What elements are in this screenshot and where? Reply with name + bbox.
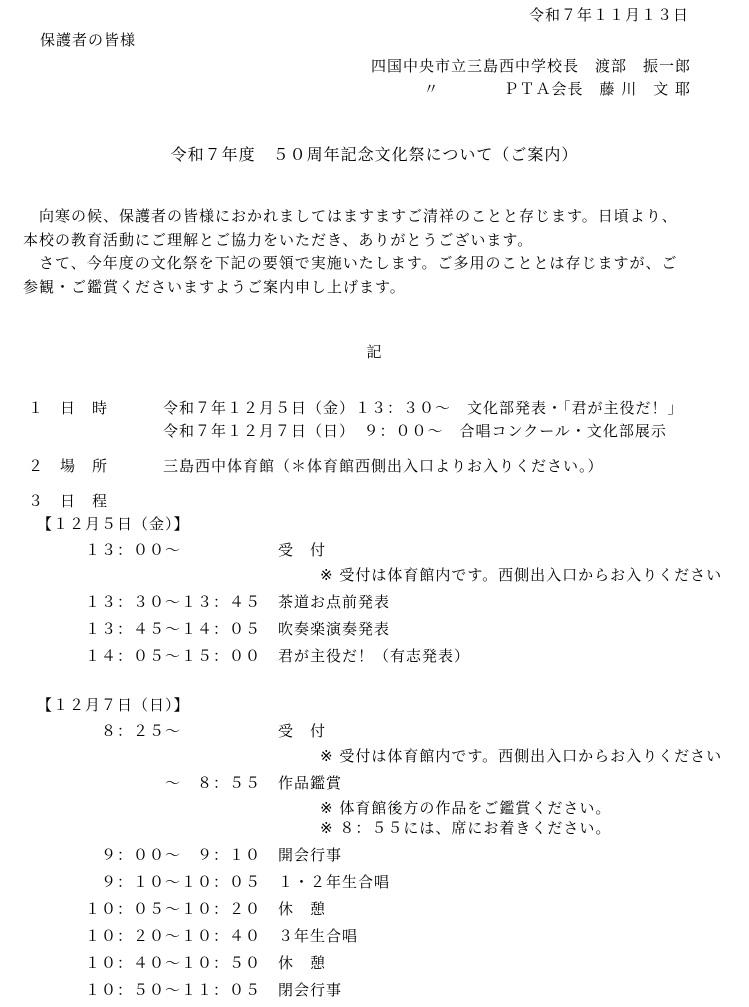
info-item-line: 令和７年１２月５日（金）１３：３０～ 文化部発表・「君が主役だ！」 [163, 397, 684, 420]
schedule-note: ※ 受付は体育館内です。西側出入口からお入りください [0, 565, 749, 585]
info-item-label: １ 日 時 [28, 397, 163, 420]
schedule-section: 【１２月５日（金）】１３：００～受 付※ 受付は体育館内です。西側出入口からお入… [0, 513, 749, 1000]
greeting-paragraph: 向寒の候、保護者の皆様におかれましてはますますご清祥のことと存じます。日頃より、… [0, 205, 749, 299]
document-page: 令和７年１１月１３日 保護者の皆様 四国中央市立三島西中学校長 渡部 振一郎〃 … [0, 0, 749, 1007]
schedule-note: ※ ８：５５には、席にお着きください。 [0, 818, 749, 838]
document-date: 令和７年１１月１３日 [0, 0, 749, 24]
schedule-time: １０：５０～１１：０５ [85, 980, 278, 1000]
document-title: 令和７年度 ５０周年記念文化祭について（ご案内） [0, 145, 749, 164]
schedule-day: 【１２月５日（金）】１３：００～受 付※ 受付は体育館内です。西側出入口からお入… [0, 513, 749, 666]
info-item: １ 日 時令和７年１２月５日（金）１３：３０～ 文化部発表・「君が主役だ！」令和… [28, 397, 749, 443]
schedule-activity: 受 付 [278, 721, 326, 741]
schedule-time: １３：００～ [85, 540, 278, 560]
schedule-time: １０：４０～１０：５０ [85, 953, 278, 973]
schedule-row: ９：１０～１０：０５１・２年生合唱 [0, 872, 749, 892]
info-item-line: 令和７年１２月７日（日） ９：００～ 合唱コンクール・文化部展示 [163, 420, 684, 443]
sender-block: 四国中央市立三島西中学校長 渡部 振一郎〃 ＰＴＡ会長 藤 川 文 耶 [0, 55, 749, 101]
schedule-row: １３：３０～１３：４５茶道お点前発表 [0, 592, 749, 612]
schedule-row: １０：２０～１０：４０３年生合唱 [0, 926, 749, 946]
schedule-activity: 吹奏楽演奏発表 [278, 619, 390, 639]
schedule-row: １０：４０～１０：５０休 憩 [0, 953, 749, 973]
schedule-time: ９：１０～１０：０５ [85, 872, 278, 892]
record-marker: 記 [0, 343, 749, 361]
schedule-row: １３：００～受 付 [0, 540, 749, 560]
schedule-row: １３：４５～１４：０５吹奏楽演奏発表 [0, 619, 749, 639]
info-item-line: 三島西中体育館（＊体育館西側出入口よりお入りください。） [163, 455, 604, 478]
schedule-time: １０：２０～１０：４０ [85, 926, 278, 946]
info-item-content: 三島西中体育館（＊体育館西側出入口よりお入りください。） [163, 455, 604, 478]
schedule-time: １３：３０～１３：４５ [85, 592, 278, 612]
schedule-row: １０：５０～１１：０５閉会行事 [0, 980, 749, 1000]
info-item-content: 令和７年１２月５日（金）１３：３０～ 文化部発表・「君が主役だ！」令和７年１２月… [163, 397, 684, 443]
schedule-activity: ３年生合唱 [278, 926, 358, 946]
schedule-note: ※ 受付は体育館内です。西側出入口からお入りください [0, 746, 749, 766]
schedule-day-header: 【１２月７日（日）】 [0, 694, 749, 717]
schedule-activity: 休 憩 [278, 899, 326, 919]
schedule-time: ９：００～ ９：１０ [85, 845, 278, 865]
schedule-day-header: 【１２月５日（金）】 [0, 513, 749, 536]
recipient-line: 保護者の皆様 [0, 31, 749, 49]
schedule-row: ９：００～ ９：１０開会行事 [0, 845, 749, 865]
schedule-note: ※ 体育館後方の作品をご鑑賞ください。 [0, 798, 749, 818]
schedule-activity: 茶道お点前発表 [278, 592, 390, 612]
greeting-line: さて、今年度の文化祭を下記の要領で実施いたします。ご多用のこととは存じますが、ご [23, 252, 737, 276]
schedule-time: １０：０５～１０：２０ [85, 899, 278, 919]
schedule-activity: １・２年生合唱 [278, 872, 390, 892]
schedule-activity: 作品鑑賞 [278, 773, 342, 793]
info-item-label: ２ 場 所 [28, 455, 163, 478]
schedule-activity: 君が主役だ！（有志発表） [278, 646, 470, 666]
schedule-row: １０：０５～１０：２０休 憩 [0, 899, 749, 919]
schedule-time: １３：４５～１４：０５ [85, 619, 278, 639]
schedule-row: ８：２５～受 付 [0, 721, 749, 741]
sender-line: 四国中央市立三島西中学校長 渡部 振一郎 [0, 55, 691, 78]
schedule-activity: 開会行事 [278, 845, 342, 865]
sender-line: 〃 ＰＴＡ会長 藤 川 文 耶 [0, 78, 691, 101]
greeting-line: 本校の教育活動にご理解とご協力をいただき、ありがとうございます。 [23, 229, 737, 253]
schedule-day: 【１２月７日（日）】 ８：２５～受 付※ 受付は体育館内です。西側出入口からお入… [0, 694, 749, 1000]
schedule-activity: 閉会行事 [278, 980, 342, 1000]
schedule-row: １４：０５～１５：００君が主役だ！（有志発表） [0, 646, 749, 666]
schedule-time: ８：２５～ [85, 721, 278, 741]
info-item-label: ３ 日 程 [28, 490, 163, 513]
info-item: ２ 場 所三島西中体育館（＊体育館西側出入口よりお入りください。） [28, 455, 749, 478]
schedule-activity: 受 付 [278, 540, 326, 560]
greeting-line: 向寒の候、保護者の皆様におかれましてはますますご清祥のことと存じます。日頃より、 [23, 205, 737, 229]
schedule-time: １４：０５～１５：００ [85, 646, 278, 666]
info-items: １ 日 時令和７年１２月５日（金）１３：３０～ 文化部発表・「君が主役だ！」令和… [0, 397, 749, 513]
info-item: ３ 日 程 [28, 490, 749, 513]
schedule-time: ～ ８：５５ [85, 773, 278, 793]
schedule-row: ～ ８：５５作品鑑賞 [0, 773, 749, 793]
greeting-line: 参観・ご鑑賞くださいますようご案内申し上げます。 [23, 276, 737, 300]
schedule-activity: 休 憩 [278, 953, 326, 973]
